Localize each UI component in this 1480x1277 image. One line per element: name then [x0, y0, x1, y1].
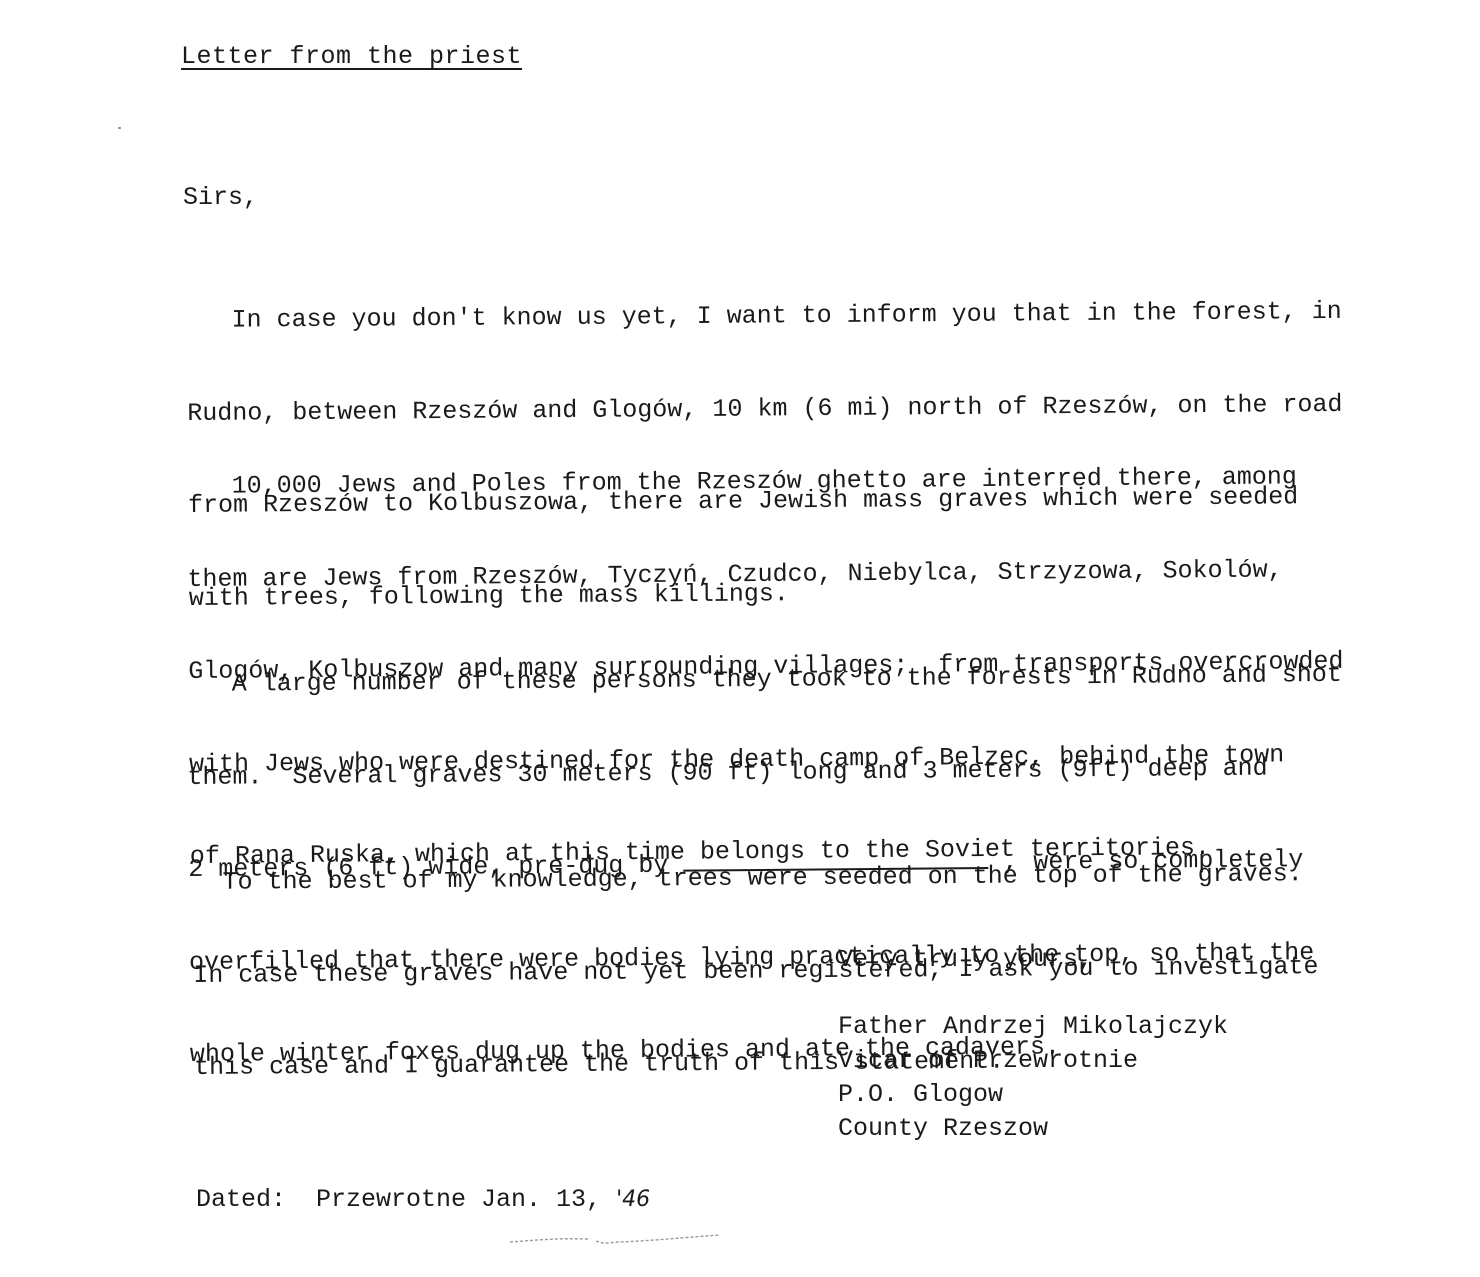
scan-speck	[118, 127, 121, 129]
text-line: 10,000 Jews and Poles from the Rzeszów g…	[187, 460, 1342, 505]
text-line: them are Jews from Rzeszów, Tyczyń, Czud…	[187, 552, 1342, 597]
text-line: In case these graves have not yet been r…	[193, 950, 1318, 993]
handwritten-year: '46	[616, 1187, 650, 1212]
signer-title: Vicar of Przewrotnie	[838, 1044, 1228, 1078]
closing: Very truly yours,	[838, 945, 1093, 974]
faint-scribble	[508, 1232, 723, 1246]
date-line: Dated: Przewrotne Jan. 13, '46	[196, 1185, 650, 1214]
letter-page: Letter from the priest Sirs, In case you…	[0, 0, 1480, 1277]
signer-county: County Rzeszow	[838, 1112, 1228, 1146]
date-text: Dated: Przewrotne Jan. 13,	[196, 1185, 616, 1214]
text-line: A large number of these persons they too…	[187, 658, 1342, 703]
signature-block: Father Andrzej Mikolajczyk Vicar of Prze…	[838, 1010, 1228, 1146]
signer-name: Father Andrzej Mikolajczyk	[838, 1010, 1228, 1044]
text-line: To the best of my knowledge, trees were …	[192, 857, 1317, 900]
document-title: Letter from the priest	[181, 42, 522, 71]
text-line: In case you don't know us yet, I want to…	[186, 295, 1341, 339]
salutation: Sirs,	[183, 183, 258, 212]
text-line: them. Several graves 30 meters (90 ft) l…	[187, 750, 1342, 795]
signer-po: P.O. Glogow	[838, 1078, 1228, 1112]
